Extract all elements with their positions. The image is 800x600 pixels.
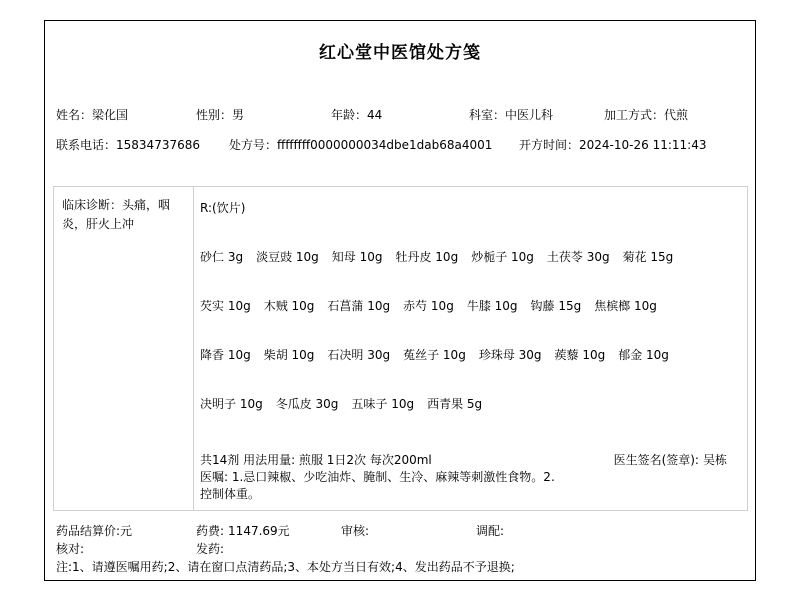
medicine-item: 淡豆豉 10g	[256, 250, 319, 264]
medicine-item: 珍珠母 30g	[479, 348, 542, 362]
medicine-item: 焦槟榔 10g	[594, 299, 657, 313]
check-field: 核对:	[56, 540, 84, 557]
patient-name-field: 姓名：梁化国	[56, 106, 128, 123]
issue-time-field: 开方时间：2024-10-26 11:11:43	[519, 136, 706, 153]
medicine-item: 木贼 10g	[264, 299, 315, 313]
check-label: 核对:	[56, 542, 84, 556]
medicine-rows: 砂仁 3g淡豆豉 10g知母 10g牡丹皮 10g炒栀子 10g土茯苓 30g菊…	[200, 248, 727, 412]
medicine-row: 降香 10g柴胡 10g石决明 30g菟丝子 10g珍珠母 30g蒺藜 10g郁…	[200, 346, 727, 363]
processing-method-field: 加工方式：代煎	[604, 106, 688, 123]
patient-department-value: 中医儿科	[505, 108, 553, 122]
medicine-row: 芡实 10g木贼 10g石菖蒲 10g赤芍 10g牛膝 10g钩藤 15g焦槟榔…	[200, 297, 727, 314]
prescription-number-value: ffffffff0000000034dbe1dab68a4001	[277, 138, 492, 152]
patient-name-value: 梁化国	[92, 108, 128, 122]
medicine-item: 菊花 15g	[623, 250, 674, 264]
patient-gender-label: 性别：	[196, 108, 232, 122]
doctor-advice-line-1: 医嘱: 1.忌口辣椒、少吃油炸、腌制、生冷、麻辣等刺激性食物。2.	[200, 469, 727, 486]
usage-text: 共14剂 用法用量: 煎服 1日2次 每次200ml	[200, 452, 432, 469]
medicine-item: 西青果 5g	[427, 397, 482, 411]
medicine-item: 降香 10g	[200, 348, 251, 362]
rx-column: R:(饮片) 砂仁 3g淡豆豉 10g知母 10g牡丹皮 10g炒栀子 10g土…	[194, 187, 747, 510]
audit-field: 审核:	[341, 522, 369, 539]
medicine-row: 决明子 10g冬瓜皮 30g五味子 10g西青果 5g	[200, 395, 727, 412]
patient-name-label: 姓名：	[56, 108, 92, 122]
medicine-item: 土茯苓 30g	[547, 250, 610, 264]
medicine-item: 石菖蒲 10g	[327, 299, 390, 313]
prescription-number-label: 处方号：	[229, 138, 277, 152]
medicine-item: 炒栀子 10g	[471, 250, 534, 264]
dispense-label: 调配:	[476, 524, 504, 538]
patient-phone-value: 15834737686	[116, 138, 200, 152]
issue-field: 发药:	[196, 540, 224, 557]
fee-label: 药费:	[196, 524, 224, 538]
patient-phone-label: 联系电话：	[56, 138, 116, 152]
patient-department-field: 科室：中医儿科	[469, 106, 553, 123]
medicine-item: 知母 10g	[332, 250, 383, 264]
medicine-item: 赤芍 10g	[403, 299, 454, 313]
rx-header: R:(饮片)	[200, 199, 727, 216]
doctor-signature-label: 医生签名(签章):	[614, 453, 699, 467]
patient-gender-field: 性别：男	[196, 106, 244, 123]
medicine-item: 芡实 10g	[200, 299, 251, 313]
page-title: 红心堂中医馆处方笺	[45, 38, 755, 63]
patient-phone-field: 联系电话：15834737686	[56, 136, 200, 153]
medicine-item: 菟丝子 10g	[403, 348, 466, 362]
processing-method-value: 代煎	[664, 108, 688, 122]
medicine-item: 柴胡 10g	[264, 348, 315, 362]
patient-age-value: 44	[367, 108, 382, 122]
settlement-price-label: 药品结算价:	[56, 524, 120, 538]
usage-line: 共14剂 用法用量: 煎服 1日2次 每次200ml 医生签名(签章):吴栋	[200, 452, 727, 469]
fee-field: 药费:1147.69元	[196, 522, 290, 539]
footer-note: 注:1、请遵医嘱用药;2、请在窗口点清药品;3、本处方当日有效;4、发出药品不予…	[56, 558, 515, 575]
patient-gender-value: 男	[232, 108, 244, 122]
prescription-box: 临床诊断：头痛，咽炎，肝火上冲 R:(饮片) 砂仁 3g淡豆豉 10g知母 10…	[53, 186, 748, 511]
fee-value: 1147.69元	[228, 524, 290, 538]
audit-label: 审核:	[341, 524, 369, 538]
medicine-item: 郁金 10g	[618, 348, 669, 362]
doctor-advice-line-2: 控制体重。	[200, 486, 727, 503]
medicine-item: 牛膝 10g	[467, 299, 518, 313]
medicine-item: 牡丹皮 10g	[395, 250, 458, 264]
patient-age-field: 年龄：44	[331, 106, 382, 123]
medicine-item: 钩藤 15g	[531, 299, 582, 313]
clinical-diagnosis: 临床诊断：头痛，咽炎，肝火上冲	[54, 187, 194, 510]
medicine-item: 决明子 10g	[200, 397, 263, 411]
medicine-item: 冬瓜皮 30g	[276, 397, 339, 411]
medicine-item: 蒺藜 10g	[555, 348, 606, 362]
medicine-item: 石决明 30g	[327, 348, 390, 362]
issue-time-value: 2024-10-26 11:11:43	[579, 138, 706, 152]
processing-method-label: 加工方式：	[604, 108, 664, 122]
settlement-price-value: 元	[120, 524, 132, 538]
medicine-item: 砂仁 3g	[200, 250, 243, 264]
medicine-row: 砂仁 3g淡豆豉 10g知母 10g牡丹皮 10g炒栀子 10g土茯苓 30g菊…	[200, 248, 727, 265]
prescription-number-field: 处方号：ffffffff0000000034dbe1dab68a4001	[229, 136, 492, 153]
settlement-price-field: 药品结算价:元	[56, 522, 132, 539]
prescription-sheet: 红心堂中医馆处方笺 姓名：梁化国 性别：男 年龄：44 科室：中医儿科 加工方式…	[44, 20, 756, 581]
issue-label: 发药:	[196, 542, 224, 556]
dispense-field: 调配:	[476, 522, 504, 539]
diagnosis-label: 临床诊断：	[62, 198, 122, 212]
issue-time-label: 开方时间：	[519, 138, 579, 152]
patient-age-label: 年龄：	[331, 108, 367, 122]
doctor-signature-field: 医生签名(签章):吴栋	[614, 452, 727, 469]
doctor-signature-value: 吴栋	[703, 453, 727, 467]
medicine-item: 五味子 10g	[351, 397, 414, 411]
patient-department-label: 科室：	[469, 108, 505, 122]
